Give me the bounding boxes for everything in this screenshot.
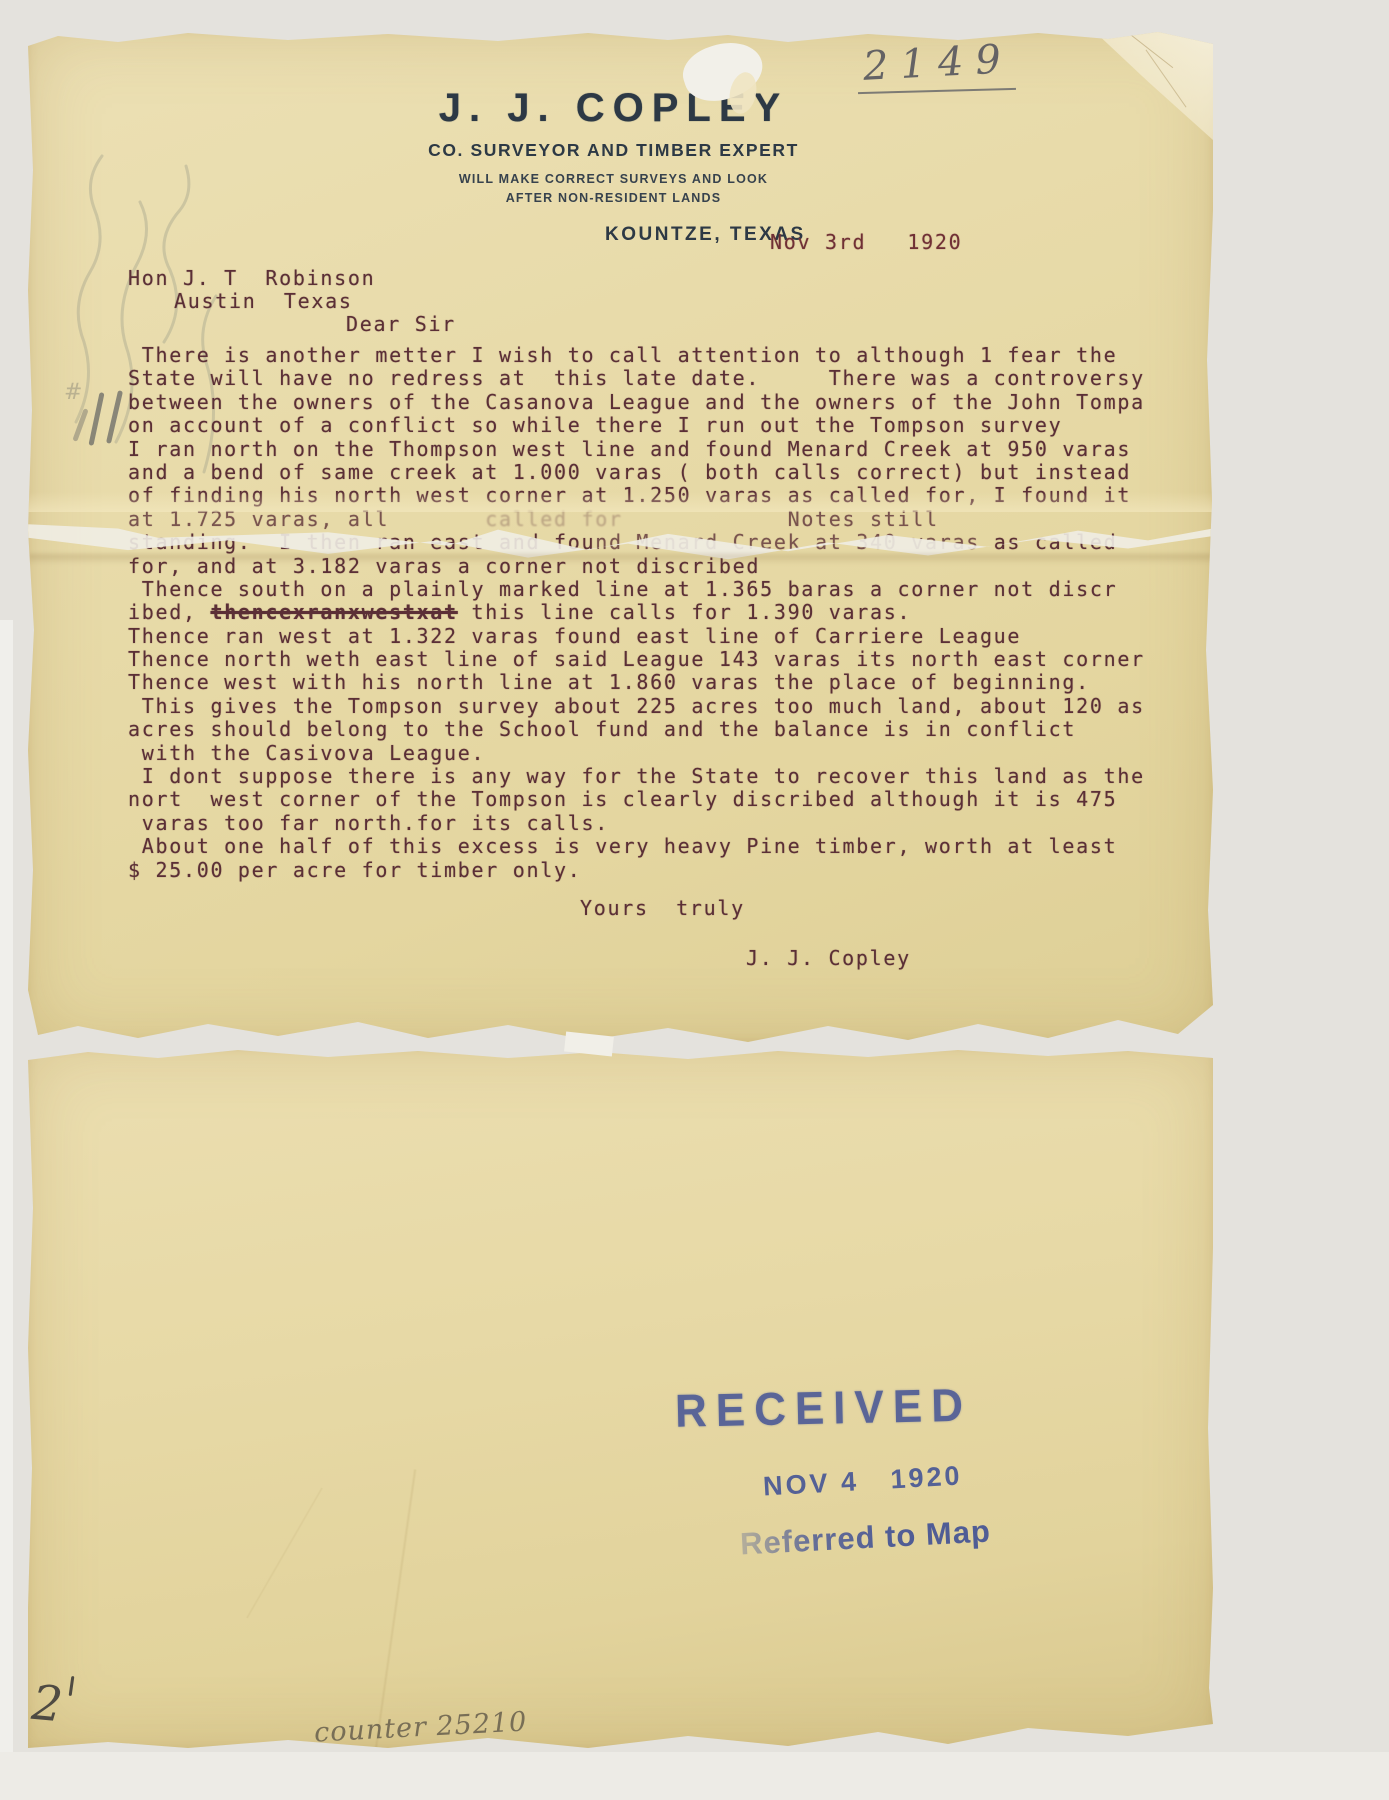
- letter-body-line: ibed, thencexranxwestxat this line calls…: [128, 601, 1145, 624]
- recipient-city: Austin Texas: [174, 289, 353, 313]
- tear-shadow: [28, 554, 1213, 564]
- scan-backing-strip: [0, 1752, 1389, 1800]
- letter-date: Nov 3rd 1920: [770, 230, 962, 254]
- tear-highlight: [28, 492, 1213, 512]
- letter-body-line: with the Casivova League.: [128, 742, 1145, 765]
- letterhead: J. J. COPLEY CO. SURVEYOR AND TIMBER EXP…: [28, 88, 1199, 205]
- letter-body-line: acres should belong to the School fund a…: [128, 718, 1145, 741]
- letter-body-line: This gives the Tompson survey about 225 …: [128, 695, 1145, 718]
- handwritten-counter-note: counter 25210: [313, 1706, 528, 1748]
- letter-body-line: About one half of this excess is very he…: [128, 835, 1145, 858]
- closing: Yours truly: [580, 896, 745, 920]
- letterhead-title: CO. SURVEYOR AND TIMBER EXPERT: [28, 140, 1199, 161]
- letter-body-line: varas too far north.for its calls.: [128, 812, 1145, 835]
- letterhead-tagline-1: WILL MAKE CORRECT SURVEYS AND LOOK: [28, 172, 1199, 186]
- letter-body-line: $ 25.00 per acre for timber only.: [128, 859, 1145, 882]
- paper-crease: [246, 1487, 324, 1618]
- signature: J. J. Copley: [746, 946, 911, 970]
- letter-body-line: Thence south on a plainly marked line at…: [128, 578, 1145, 601]
- handwritten-archive-number: 2149: [862, 36, 1014, 90]
- received-stamp-note: Referred to Map: [739, 1513, 992, 1562]
- letter-body-line: on account of a conflict so while there …: [128, 414, 1145, 437]
- margin-hash-mark: #: [64, 380, 82, 405]
- received-stamp-title: RECEIVED: [674, 1380, 972, 1439]
- letter-body-line: and a bend of same creek at 1.000 varas …: [128, 461, 1145, 484]
- corner-mark-tick: [69, 1676, 75, 1696]
- letter-body-line: Thence ran west at 1.322 varas found eas…: [128, 625, 1145, 648]
- letter-body-line: I ran north on the Thompson west line an…: [128, 438, 1145, 461]
- scan-edge-sliver: [0, 620, 13, 1800]
- letter-sheet: # 2149 J. J. COPLEY CO. SURVEYOR AND TIM…: [28, 30, 1213, 1042]
- letter-body-line: Thence north weth east line of said Leag…: [128, 648, 1145, 671]
- paper-fragment: [564, 1032, 614, 1057]
- letter-body-line: Thence west with his north line at 1.860…: [128, 671, 1145, 694]
- letterhead-tagline-2: AFTER NON-RESIDENT LANDS: [28, 191, 1199, 205]
- letter-body-line: between the owners of the Casanova Leagu…: [128, 391, 1145, 414]
- letter-body-line: nort west corner of the Tompson is clear…: [128, 788, 1145, 811]
- handwritten-corner-mark: 2: [30, 1679, 65, 1729]
- recipient-name: Hon J. T Robinson: [128, 266, 375, 290]
- salutation: Dear Sir: [346, 312, 456, 336]
- letter-body-line: I dont suppose there is any way for the …: [128, 765, 1145, 788]
- received-stamp-date: NOV 4 1920: [762, 1460, 963, 1502]
- letter-body-line: There is another metter I wish to call a…: [128, 344, 1145, 367]
- letterhead-name: J. J. COPLEY: [28, 88, 1199, 128]
- letter-body: There is another metter I wish to call a…: [128, 344, 1145, 882]
- letter-body-line: State will have no redress at this late …: [128, 367, 1145, 390]
- stamp-sheet: RECEIVED NOV 4 1920 Referred to Map coun…: [28, 1048, 1213, 1748]
- scanned-letter-page: { "document": { "archive_number": "2149"…: [0, 0, 1389, 1800]
